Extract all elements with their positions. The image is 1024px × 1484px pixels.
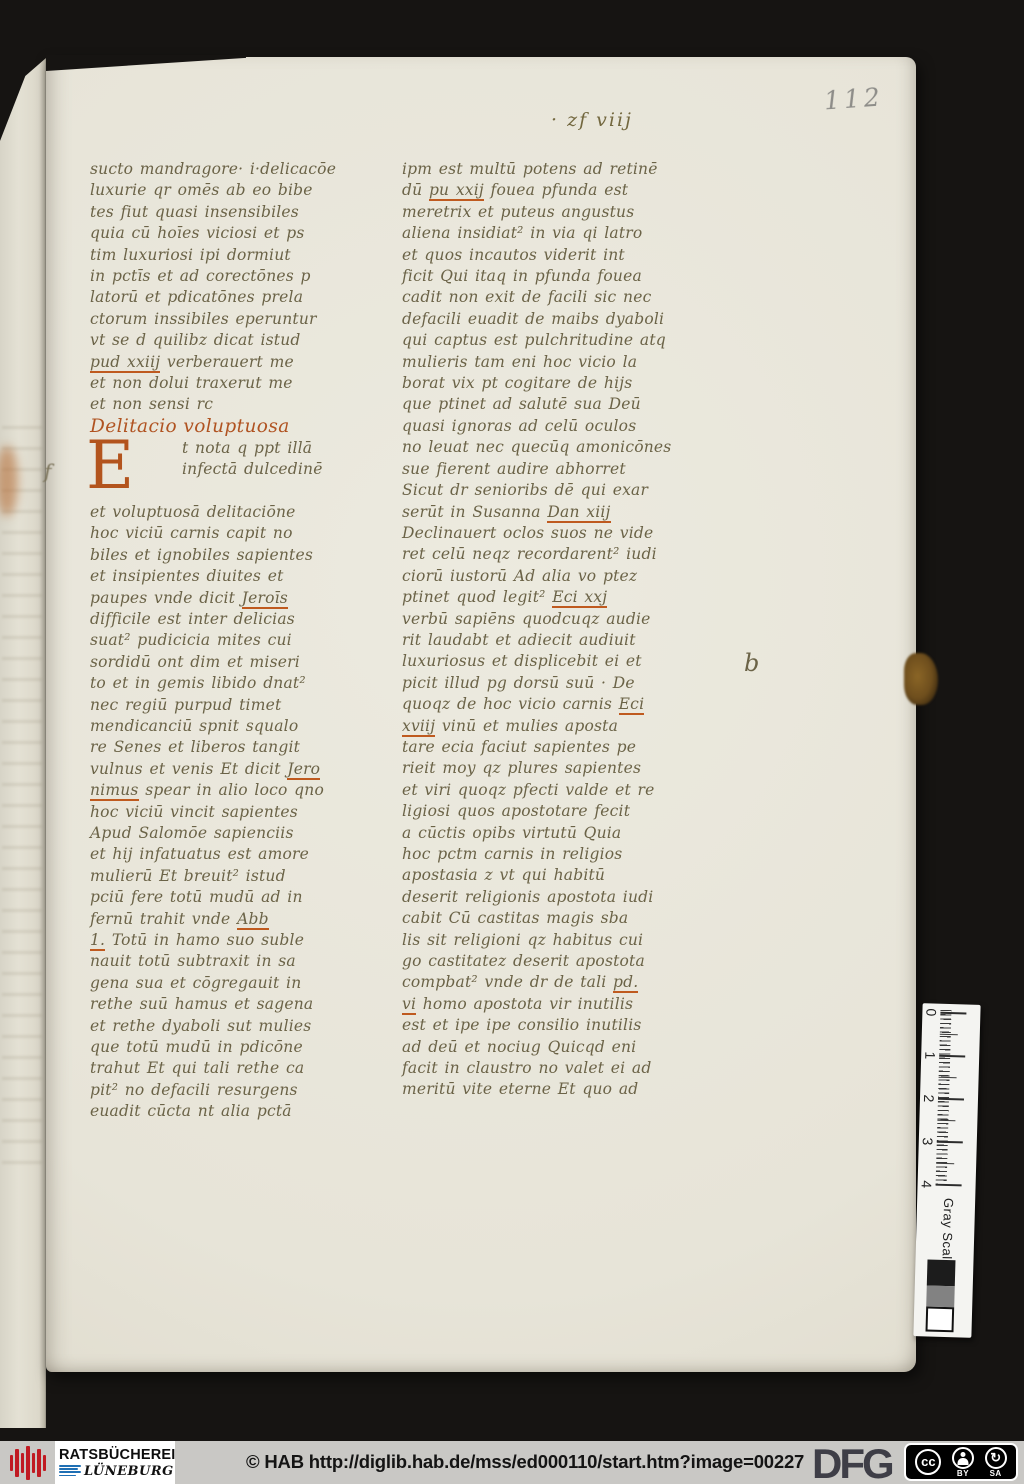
cc-by-person-icon (952, 1447, 974, 1469)
manuscript-text-line: que totū mudū in pdicōne (90, 1037, 402, 1058)
manuscript-text-line: serūt in Susanna Dan xiij (402, 502, 722, 523)
waves-icon (59, 1465, 81, 1477)
manuscript-text-line: defacili euadit de maibs dyaboli (402, 309, 722, 330)
manuscript-text-line: a cūctis opibs virtutū Quia (402, 823, 722, 844)
copyright-url-text: © HAB http://diglib.hab.de/mss/ed000110/… (246, 1451, 786, 1473)
manuscript-text-line: et insipientes diuites et (90, 566, 402, 587)
manuscript-text-line: et voluptuosā delitaciōne (90, 502, 402, 523)
manuscript-text-line: aliena insidiat² in via qi latro (402, 223, 722, 244)
manuscript-text-line: et hij infatuatus est amore (90, 844, 402, 865)
facing-page-edge (0, 46, 46, 1428)
manuscript-text-line: pud xxiij verberauert me (90, 352, 402, 373)
left-column-upper-lines: sucto mandragore· i·delicacōeluxurie qr … (90, 159, 402, 416)
manuscript-text-line: luxurie qr omēs ab eo bibe (90, 180, 402, 201)
manuscript-text-line: ficit Qui itaq in pfunda fouea (402, 266, 722, 287)
manuscript-text-line: difficile est inter delicias (90, 609, 402, 630)
manuscript-text-line: est et ipe ipe consilio inutilis (402, 1015, 722, 1036)
manuscript-text-line: gena sua et cōgregauit in (90, 973, 402, 994)
manuscript-text-line: vi homo apostota vir inutilis (402, 994, 722, 1015)
cc-logo-icon: cc (915, 1449, 941, 1475)
manuscript-text-line: luxuriosus et displicebit ei et (402, 651, 722, 672)
manuscript-text-line: ligiosi quos apostotare fecit (402, 801, 722, 822)
manuscript-text-line: mulierū Et breuit² istud (90, 866, 402, 887)
ruler-number-4: 4 (918, 1180, 934, 1194)
manuscript-text-line: biles et ignobiles sapientes (90, 545, 402, 566)
manuscript-text-line: quia cū hoīes viciosi et ps (90, 223, 402, 244)
manuscript-text-line: meritū vite eterne Et quo ad (402, 1079, 722, 1100)
manuscript-text-line: in pctīs et ad corectōnes p (90, 266, 402, 287)
grayscale-patch-gray (926, 1285, 955, 1307)
manuscript-text-line: nauit totū subtraxit in sa (90, 951, 402, 972)
manuscript-text-line: cabit Cū castitas magis sba (402, 908, 722, 929)
manuscript-text-line: Declinauert oclos suos ne vide (402, 523, 722, 544)
text-column-right: ipm est multū potens ad retinēdū pu xxij… (402, 159, 722, 1101)
ruler-number-1: 1 (922, 1051, 938, 1065)
manuscript-text-line: sue fierent audire abhorret (402, 459, 722, 480)
page-corner-shadow (46, 55, 246, 71)
manuscript-text-line: tes fiut quasi insensibiles (90, 202, 402, 223)
manuscript-text-line: quoqz de hoc vicio carnis Eci (402, 694, 722, 715)
manuscript-text-line: tim luxuriosi ipi dormiut (90, 245, 402, 266)
manuscript-text-line: Sicut dr senioribs dē qui exar (402, 480, 722, 501)
manuscript-text-line: compbat² vnde dr de tali pd. (402, 972, 722, 993)
manuscript-text-line: hoc viciū vincit sapientes (90, 802, 402, 823)
margin-annotation-f: f (44, 459, 51, 483)
page-edge-tab (904, 653, 938, 705)
cc-by-item: BY (952, 1447, 974, 1478)
folio-number-pencil: 112 (823, 80, 925, 116)
manuscript-text-line: suat² pudicicia mites cui (90, 630, 402, 651)
manuscript-text-line: go castitatez deserit apostota (402, 951, 722, 972)
manuscript-text-line: rieit moy qz plures sapientes (402, 758, 722, 779)
manuscript-text-line: quasi ignoras ad celū oculos (402, 416, 722, 437)
manuscript-text-line: ctorum inssibiles eperuntur (90, 309, 402, 330)
library-name-line1: RATSBÜCHEREI (59, 1447, 175, 1463)
manuscript-text-line: meretrix et puteus angustus (402, 202, 722, 223)
manuscript-text-line: t nota q ppt illā (90, 438, 402, 459)
manuscript-text-line: pit² no defacili resurgens (90, 1080, 402, 1101)
manuscript-text-line: qui captus est pulchritudine atq (402, 330, 722, 351)
footer-credit-bar: RATSBÜCHEREI LÜNEBURG © HAB http://digli… (0, 1441, 1024, 1484)
manuscript-text-line: borat vix pt cogitare de hijs (402, 373, 722, 394)
manuscript-text-line: et quos incautos viderit int (402, 245, 722, 266)
manuscript-text-line: et rethe dyaboli sut mulies (90, 1016, 402, 1037)
manuscript-text-line: mulieris tam eni hoc vicio la (402, 352, 722, 373)
manuscript-text-line: 1. Totū in hamo suo suble (90, 930, 402, 951)
ruler-number-3: 3 (920, 1137, 936, 1151)
rubric-heading: Delitacio voluptuosa (90, 416, 402, 438)
grayscale-patch-white (925, 1306, 954, 1332)
cc-license-badge: cc BY ↻ SA (904, 1443, 1018, 1481)
dfg-logo: DFG (812, 1440, 892, 1484)
manuscript-text-line: picit illud pg dorsū suū · De (402, 673, 722, 694)
manuscript-text-line: ad deū et nociug Quicqd eni (402, 1037, 722, 1058)
cc-sa-label: SA (990, 1469, 1002, 1478)
manuscript-text-line: trahut Et qui tali rethe ca (90, 1058, 402, 1079)
manuscript-text-line: to et in gemis libido dnat² (90, 673, 402, 694)
manuscript-text-line: euadit cūcta nt alia pctā (90, 1101, 402, 1122)
manuscript-text-line: sordidū ont dim et miseri (90, 652, 402, 673)
manuscript-text-line: rethe suū hamus et sagena (90, 994, 402, 1015)
manuscript-text-line: latorū et pdicatōnes prela (90, 287, 402, 308)
grayscale-calibration-card: 0 1 2 3 4 Gray Scale (913, 1003, 980, 1337)
manuscript-text-line: Apud Salomōe sapienciis (90, 823, 402, 844)
manuscript-text-line: sucto mandragore· i·delicacōe (90, 159, 402, 180)
manuscript-text-line: tare ecia faciut sapientes pe (402, 737, 722, 758)
right-column-lines: ipm est multū potens ad retinēdū pu xxij… (402, 159, 722, 1101)
ratsbuecherei-pipes-logo-icon (6, 1445, 50, 1481)
manuscript-text-line: verbū sapiēns quodcuqz audie (402, 609, 722, 630)
manuscript-page: 112 · zf viij sucto mandragore· i·delica… (46, 57, 916, 1372)
manuscript-text-line: nimus spear in alio loco qno (90, 780, 402, 801)
manuscript-text-line: lis sit religioni qz habitus cui (402, 930, 722, 951)
manuscript-text-line: que ptinet ad salutē sua Deū (402, 394, 722, 415)
manuscript-text-line: infectā dulcedinē (90, 459, 402, 480)
manuscript-text-line: paupes vnde dicit Jeroīs (90, 588, 402, 609)
initial-adjacent-lines: t nota q ppt illāinfectā dulcedinē (90, 438, 402, 481)
manuscript-text-line: fernū trahit vnde Abb (90, 909, 402, 930)
manuscript-text-line: hoc viciū carnis capit no (90, 523, 402, 544)
manuscript-text-line: facit in claustro no valet ei ad (402, 1058, 722, 1079)
manuscript-text-line: mendicanciū spnit squalo (90, 716, 402, 737)
manuscript-text-line: cadit non exit de facili sic nec (402, 287, 722, 308)
margin-annotation-b: b (744, 649, 759, 677)
library-logo-box: RATSBÜCHEREI LÜNEBURG (55, 1441, 175, 1484)
cc-sa-item: ↻ SA (985, 1447, 1007, 1478)
cc-sa-arrow-icon: ↻ (985, 1447, 1007, 1469)
left-column-lower-lines: et voluptuosā delitaciōnehoc viciū carni… (90, 502, 402, 1123)
manuscript-text-line: pciū fere totū mudū ad in (90, 887, 402, 908)
facing-page-showthrough-text (2, 426, 42, 1166)
manuscript-text-line: ptinet quod legit² Eci xxj (402, 587, 722, 608)
manuscript-text-line: vt se d quilibz dicat istud (90, 330, 402, 351)
manuscript-text-line: et non sensi rc (90, 394, 402, 415)
manuscript-text-line: ciorū iustorū Ad alia vo ptez (402, 566, 722, 587)
grayscale-patch-black (927, 1259, 956, 1286)
manuscript-text-line: et viri quoqz pfecti valde et re (402, 780, 722, 801)
manuscript-text-line: deserit religionis apostota iudi (402, 887, 722, 908)
cc-by-label: BY (957, 1469, 969, 1478)
manuscript-text-line: nec regiū purpud timet (90, 695, 402, 716)
manuscript-text-line: ret celū neqz recordarent² iudi (402, 544, 722, 565)
library-name-line2: LÜNEBURG (84, 1464, 174, 1479)
manuscript-text-line: xviij vinū et mulies aposta (402, 716, 722, 737)
ruler-number-2: 2 (921, 1094, 937, 1108)
manuscript-text-line: re Senes et liberos tangit (90, 737, 402, 758)
manuscript-text-line: dū pu xxij fouea pfunda est (402, 180, 722, 201)
quire-signature: · zf viij (551, 109, 633, 131)
ruler-number-0: 0 (923, 1008, 939, 1022)
manuscript-text-line: vulnus et venis Et dicit Jero (90, 759, 402, 780)
manuscript-text-line: rit laudabt et adiecit audiuit (402, 630, 722, 651)
manuscript-text-line: apostasia z vt qui habitū (402, 865, 722, 886)
ruler-cm-tick (936, 1184, 962, 1187)
manuscript-text-line: et non dolui traxerut me (90, 373, 402, 394)
text-column-left: sucto mandragore· i·delicacōeluxurie qr … (90, 159, 402, 1123)
manuscript-text-line: hoc pctm carnis in religios (402, 844, 722, 865)
manuscript-text-line: no leuat nec quecūq amonicōnes (402, 437, 722, 458)
manuscript-text-line: ipm est multū potens ad retinē (402, 159, 722, 180)
decorated-initial-block: E t nota q ppt illāinfectā dulcedinē (90, 438, 402, 502)
